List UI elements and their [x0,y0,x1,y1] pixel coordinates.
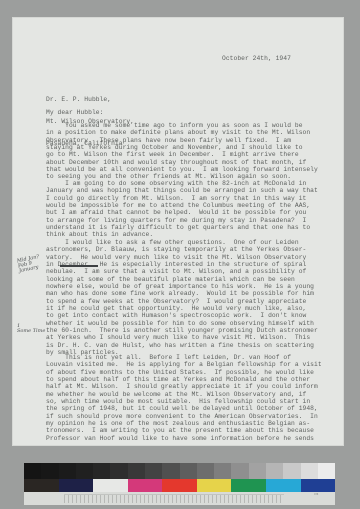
measurement-ruler [64,494,284,503]
text-line: nowhere else, would be of great importan… [46,283,318,290]
gray-step-patch [41,463,58,479]
text-line: that would be at all convenient to you. … [46,166,318,173]
text-line: my opinion he is one of the most zealous… [46,420,322,427]
gray-step-patch [318,463,335,479]
gray-step-patch [249,463,266,479]
paragraph-mcdonald-observing: I am going to do some observing with the… [46,180,318,239]
text-line: half at Mt. Wilson. I should greatly app… [46,383,322,390]
text-line: astronomers, Dr. Blaauw, is staying temp… [46,246,318,253]
text-line: at Yerkes who I should very much like to… [46,334,318,341]
text-line: about December 10th and would stay throu… [46,159,318,166]
salutation: My dear Hubble: [46,109,103,116]
text-line: the 60-inch. There is another still youn… [46,327,318,334]
color-patch [59,479,94,492]
text-line: me whether he would be welcome at the Mt… [46,391,322,398]
text-line: Louvain visited me. He is applying for a… [46,361,322,368]
text-line: to spend about half of this time at Yerk… [46,376,322,383]
strikethrough-mark [60,265,98,267]
gray-step-patch [110,463,127,479]
text-line: Observatory. These plans have now been f… [46,137,318,144]
text-line: to spend a few weeks at the Observatory?… [46,298,318,305]
color-patch [231,479,266,492]
gray-step-patch [266,463,283,479]
handwritten-margin-note: 1 Some Time [17,324,45,334]
paragraph-van-hoof: This is not yet all. Before I left Leide… [46,354,322,442]
text-line: staying at Yerkes during October and Nov… [46,144,318,151]
color-patch-strip [24,479,335,492]
text-line: go to Mt. Wilson the first week in Decem… [46,151,318,158]
gray-step-patch [231,463,248,479]
gray-step-patch [214,463,231,479]
gray-step-patch [180,463,197,479]
color-calibration-target: cm [24,463,335,505]
text-line: You asked me some time ago to inform you… [46,122,318,129]
text-line: man who has done some fine work already.… [46,290,318,297]
gray-step-patch [128,463,145,479]
gray-step-patch [76,463,93,479]
text-line: This is not yet all. Before I left Leide… [46,354,322,361]
text-line: it if he could get that opportunity. He … [46,305,318,312]
text-line: understand it is fairly difficult to get… [46,224,318,231]
color-patch [128,479,163,492]
color-patch [197,479,232,492]
text-line: looking at some of the beautiful plate m… [46,276,318,283]
text-line: I could go directly from Mt. Wilson. I a… [46,195,318,202]
color-patch [24,479,59,492]
gray-step-patch [93,463,110,479]
text-line: tronomers. I am writing to you at the pr… [46,427,322,434]
text-line: vatory. He would very much like to visit… [46,254,318,261]
text-line: but I am afraid that cannot be helped. W… [46,209,318,216]
gray-step-patch [145,463,162,479]
gray-step-patch [24,463,41,479]
paragraph-blaauw-van-de-hulst: I would like to ask a few other question… [46,239,318,357]
letter-date: October 24th, 1947 [222,55,291,62]
ruler-end-label: cm [314,493,318,497]
gray-step-patch [301,463,318,479]
color-patch [301,479,336,492]
gray-step-patch [197,463,214,479]
gray-step-patch [162,463,179,479]
color-patch [266,479,301,492]
text-line: Professor van Hoof would like to have so… [46,435,322,442]
color-patch [93,479,128,492]
text-line: January and was hoping that things could… [46,187,318,194]
text-line: nebulae. I am sure that a visit to Mt. W… [46,268,318,275]
text-line: think about this in advance. [46,231,318,238]
text-line: I would like to ask a few other question… [46,239,318,246]
color-patch [162,479,197,492]
gray-step-patch [283,463,300,479]
text-line: if such should prove more convenient to … [46,413,322,420]
paragraph-visit-plans: You asked me some time ago to inform you… [46,122,318,181]
grayscale-strip [24,463,335,479]
text-line: in a position to make definite plans abo… [46,129,318,136]
text-line: so, which time would be most suitable. H… [46,398,322,405]
address-line: Dr. E. P. Hubble, [46,96,134,103]
text-line: is Dr. H. C. van de Hulst, who has writt… [46,342,318,349]
text-line: whether it would be possible for him to … [46,320,318,327]
text-line: I am going to do some observing with the… [46,180,318,187]
text-line: the spring of 1948, but it could well be… [46,405,322,412]
text-line: to arrange for living quarters for me du… [46,217,318,224]
gray-step-patch [59,463,76,479]
text-line: would be impossible for me to attend the… [46,202,318,209]
text-line: to get into contact with Humason's spect… [46,312,318,319]
text-line: of about five months to the United State… [46,369,322,376]
